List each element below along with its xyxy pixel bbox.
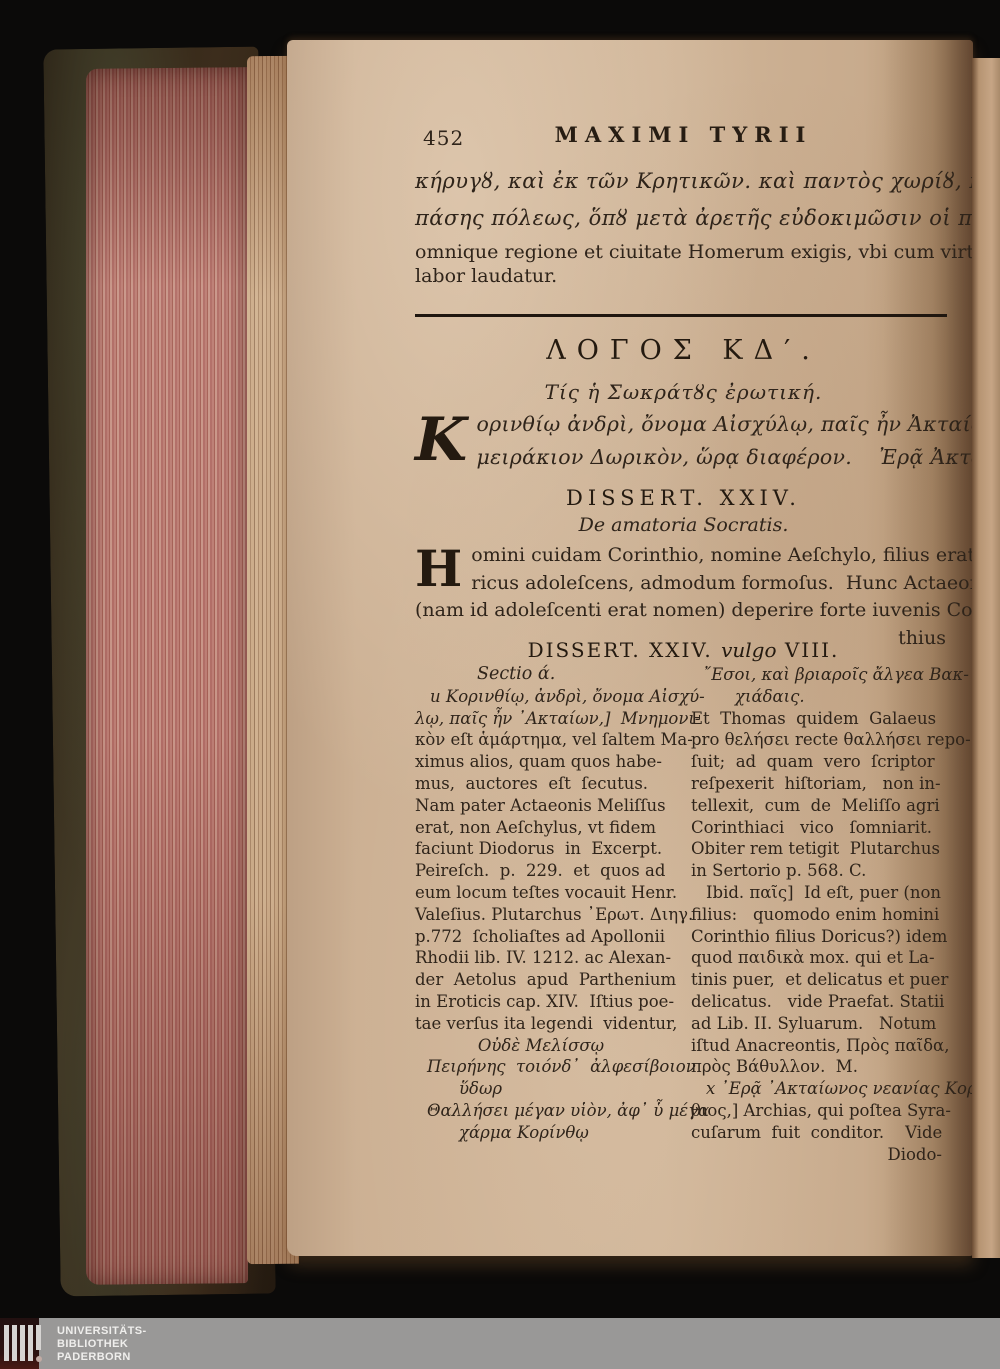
logos-heading: ΛΟΓΟΣ ΚΔ′.: [415, 335, 952, 366]
logo-exclamation-icon: [36, 1325, 41, 1350]
commentary-heading-pre: DISSERT. XXIV.: [528, 638, 721, 662]
text-line: reſpexerit hiſtoriam, non in-: [691, 773, 952, 795]
text-line: ὕδωρ: [415, 1078, 667, 1100]
text-line: Οὐδὲ Μελίσσῳ: [415, 1035, 667, 1057]
text-line: ῎Εσοι, καὶ βριαροῖς ἄλγεα Βακ-: [691, 664, 952, 686]
text-line: χιάδαις.: [691, 686, 952, 708]
text-line: λῳ, παῖς ἦν ᾽Ακταίων,] Μνημονι-: [415, 708, 667, 730]
text-line: Rhodii lib. IV. 1212. ac Alexan-: [415, 947, 667, 969]
text-line: Corinthio filius Doricus?) idem: [691, 926, 952, 948]
text-line: χάρμα Κορίνθῳ: [415, 1122, 667, 1144]
text-line: μειράκιον Δωρικὸν, ὥρᾳ διαφέρον. Ἐρᾷ Ἀκτ…: [415, 441, 952, 474]
text-line: in Sertorio p. 568. C.: [691, 860, 952, 882]
text-line: Nam pater Actaeonis Meliſſus: [415, 795, 667, 817]
logo-bar-icon: [4, 1325, 9, 1361]
printed-text-block: 452 MAXIMI TYRII κήρυγȣ, καὶ ἐκ τῶν Κρητ…: [415, 40, 952, 1256]
dissert-heading: DISSERT. XXIV.: [415, 486, 952, 510]
text-line: ad Lib. II. Syluarum. Notum: [691, 1013, 952, 1035]
running-title: MAXIMI TYRII: [415, 122, 952, 147]
greek-excerpt: κήρυγȣ, καὶ ἐκ τῶν Κρητικῶν. καὶ παντὸς …: [415, 163, 952, 237]
section-rule: [415, 314, 947, 317]
library-logo: [0, 1318, 39, 1369]
text-line: Ibid. παῖς] Id eſt, puer (non: [691, 882, 952, 904]
text-line: Diodo-: [691, 1144, 952, 1166]
facing-page-sliver: [972, 58, 1000, 1258]
library-name-line: PADERBORN: [57, 1351, 147, 1364]
text-line: mus, auctores eſt ſecutus.: [415, 773, 667, 795]
fore-edge-page-stack: [86, 67, 248, 1285]
text-line: ximus alios, quam quos habe-: [415, 751, 667, 773]
text-line: πρὸς Βάθυλλον. M.: [691, 1056, 952, 1078]
library-name-line: UNIVERSITÄTS-: [57, 1325, 147, 1338]
text-line: πάσης πόλεως, ὅπȣ μετὰ ἀρετῆς εὐδοκιμῶσι…: [415, 200, 952, 237]
text-line: Peireſch. p. 229. et quos ad: [415, 860, 667, 882]
logos-subtitle: Τίς ἡ Σωκράτȣς ἐρωτική.: [415, 380, 952, 404]
logo-bar-icon: [28, 1325, 33, 1361]
logo-bar-icon: [12, 1325, 17, 1361]
text-line: erat, non Aeſchylus, vt fidem: [415, 817, 667, 839]
text-line: Et Thomas quidem Galaeus: [691, 708, 952, 730]
text-line: in Eroticis cap. XIV. Iſtius poe-: [415, 991, 667, 1013]
text-line: Obiter rem tetigit Plutarchus: [691, 838, 952, 860]
latin-excerpt: omnique regione et ciuitate Homerum exig…: [415, 240, 952, 288]
drop-cap-h: H: [415, 545, 462, 593]
greek-paragraph: Κ ορινθίῳ ἀνδρὶ, ὄνομα Αἰσχύλῳ, παῖς ἦν …: [415, 408, 952, 474]
text-line: u Κορινθίῳ, ἀνδρὶ, ὄνομα Αἰσχύ-: [415, 686, 667, 708]
text-line: omini cuidam Corinthio, nomine Aeſchylo,…: [415, 542, 952, 570]
commentary-columns: Sectio ά.u Κορινθίῳ, ἀνδρὶ, ὄνομα Αἰσχύ-…: [415, 664, 952, 1165]
text-line: tinis puer, et delicatus et puer: [691, 969, 952, 991]
text-line: p.772 ſcholiaſtes ad Apollonii: [415, 926, 667, 948]
text-line: der Aetolus apud Parthenium: [415, 969, 667, 991]
text-line: x ᾽Ερᾷ ᾽Ακταίωνος νεανίας Κορίν-: [691, 1078, 952, 1100]
text-line: Corinthiaci vico ſomniarit.: [691, 817, 952, 839]
text-line: quod παιδικὰ mox. qui et La-: [691, 947, 952, 969]
text-line: ſuit; ad quam vero ſcriptor: [691, 751, 952, 773]
text-line: ricus adoleſcens, admodum formoſus. Hunc…: [415, 570, 952, 598]
dissert-subtitle: De amatoria Socratis.: [415, 514, 952, 536]
left-column: Sectio ά.u Κορινθίῳ, ἀνδρὶ, ὄνομα Αἰσχύ-…: [415, 664, 667, 1165]
text-line: Θαλλήσει μέγαν υἱὸν, ἀφ᾽ ὗ μέγα: [415, 1100, 667, 1122]
text-line: tae verſus ita legendi videntur,: [415, 1013, 667, 1035]
text-line: omnique regione et ciuitate Homerum exig…: [415, 240, 952, 264]
text-line: Πειρήνης τοιόνδ᾽ ἀλφεσίβοιον: [415, 1056, 667, 1078]
text-line: iſtud Anacreontis, Πρὸς παῖδα,: [691, 1035, 952, 1057]
text-line: Sectio ά.: [415, 664, 667, 686]
book-scan: 452 MAXIMI TYRII κήρυγȣ, καὶ ἐκ τῶν Κρητ…: [0, 0, 1000, 1369]
commentary-heading: DISSERT. XXIV. vulgo VIII.: [415, 638, 952, 662]
text-line: ορινθίῳ ἀνδρὶ, ὄνομα Αἰσχύλῳ, παῖς ἦν Ἀκ…: [415, 408, 952, 441]
commentary-heading-post: VIII.: [777, 638, 840, 662]
logo-exclamation-dot-icon: [36, 1356, 42, 1362]
text-line: labor laudatur.: [415, 264, 952, 288]
library-name: UNIVERSITÄTS- BIBLIOTHEK PADERBORN: [57, 1325, 147, 1364]
text-line: Valeſius. Plutarchus ᾽Ερωτ. Διηγ.: [415, 904, 667, 926]
text-line: delicatus. vide Praefat. Statii: [691, 991, 952, 1013]
text-line: (nam id adoleſcenti erat nomen) deperire…: [415, 597, 952, 625]
page-header: 452 MAXIMI TYRII: [415, 126, 952, 156]
latin-paragraph: H omini cuidam Corinthio, nomine Aeſchyl…: [415, 542, 952, 652]
text-line: θιος,] Archias, qui poſtea Syra-: [691, 1100, 952, 1122]
text-line: eum locum teſtes vocauit Henr.: [415, 882, 667, 904]
drop-cap-kappa: Κ: [415, 412, 467, 468]
text-line: faciunt Diodorus in Excerpt.: [415, 838, 667, 860]
text-line: tellexit, cum de Meliſſo agri: [691, 795, 952, 817]
right-column: ῎Εσοι, καὶ βριαροῖς ἄλγεα Βακ-χιάδαις.Et…: [691, 664, 952, 1165]
logo-bar-icon: [20, 1325, 25, 1361]
text-line: κὸν eſt ἁμάρτημα, vel ſaltem Ma-: [415, 729, 667, 751]
text-line: filius: quomodo enim homini: [691, 904, 952, 926]
footer-band: UNIVERSITÄTS- BIBLIOTHEK PADERBORN: [0, 1318, 1000, 1369]
book-page: 452 MAXIMI TYRII κήρυγȣ, καὶ ἐκ τῶν Κρητ…: [287, 40, 973, 1256]
text-line: κήρυγȣ, καὶ ἐκ τῶν Κρητικῶν. καὶ παντὸς …: [415, 163, 952, 200]
commentary-heading-vulgo: vulgo: [721, 638, 776, 662]
text-line: pro θελήσει recte θαλλήσει repo-: [691, 729, 952, 751]
library-name-line: BIBLIOTHEK: [57, 1338, 147, 1351]
text-line: cuſarum fuit conditor. Vide: [691, 1122, 952, 1144]
